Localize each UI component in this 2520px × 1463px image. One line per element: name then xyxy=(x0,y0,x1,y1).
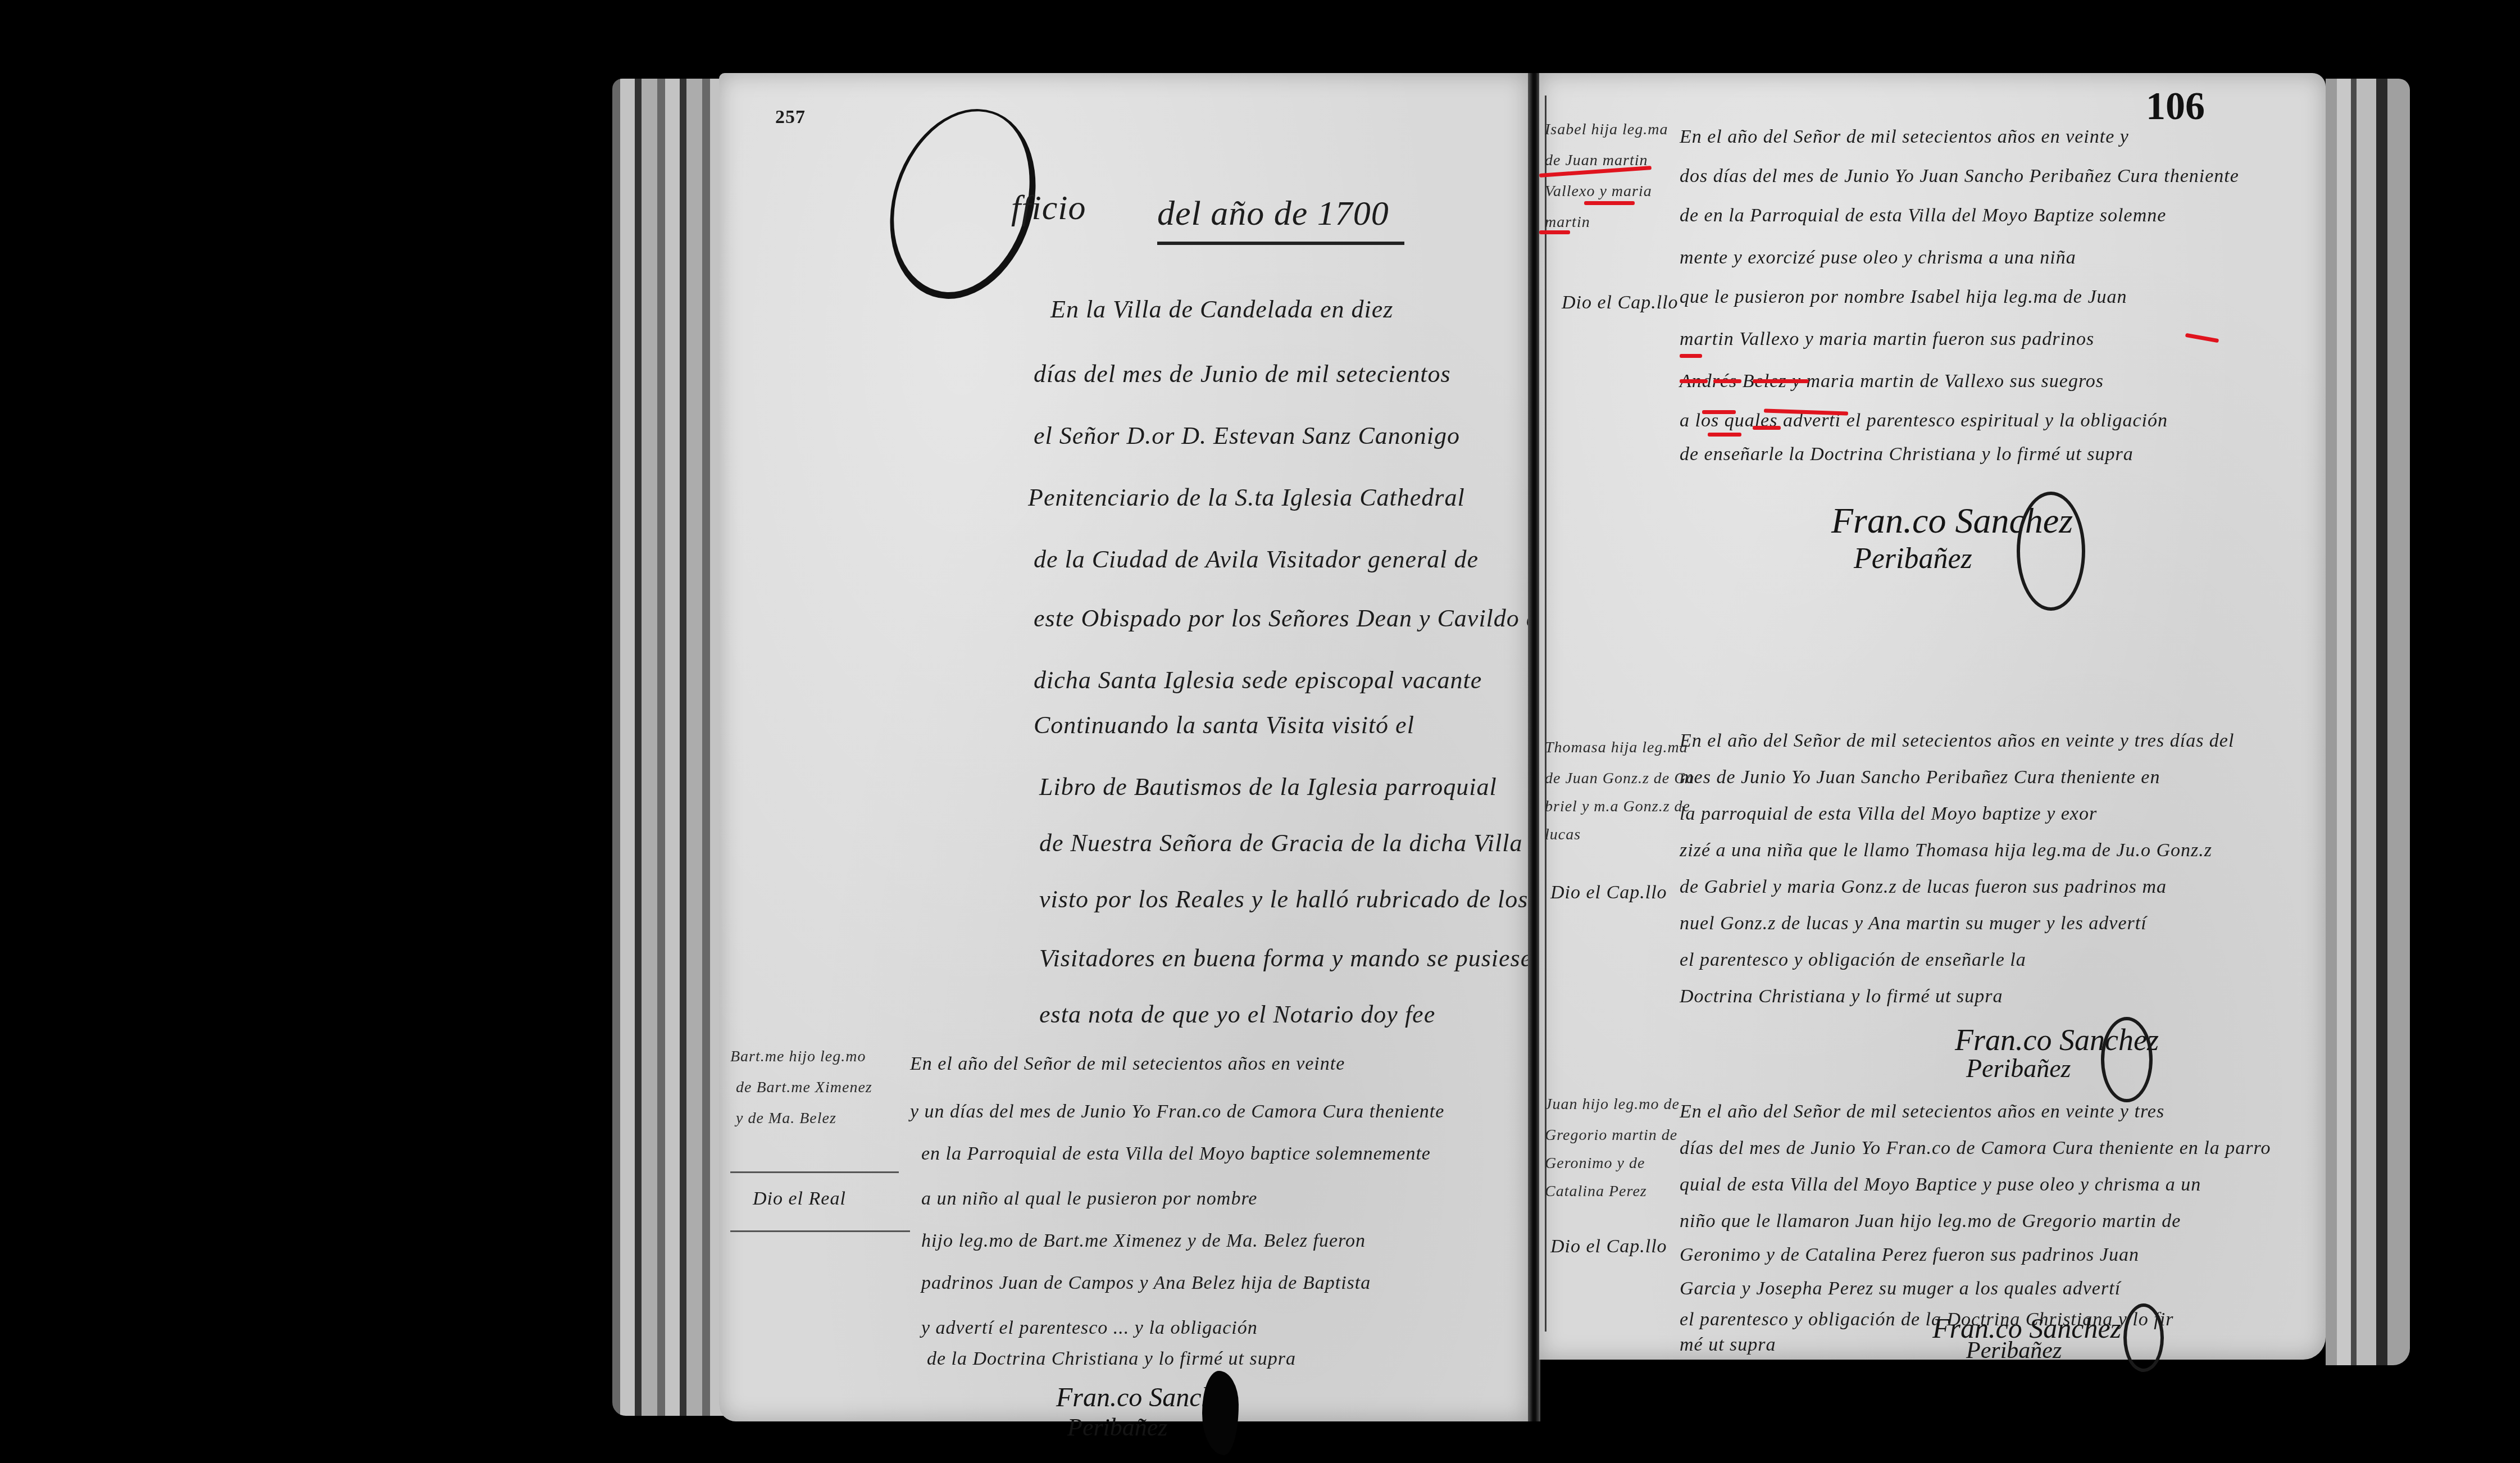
signature-line2: Peribañez xyxy=(1966,1337,2062,1364)
signature-line2: Peribañez xyxy=(1966,1053,2071,1083)
body-line: este Obispado por los Señores Dean y Cav… xyxy=(1034,604,1550,633)
entry-line: Garcia y Josepha Perez su muger a los qu… xyxy=(1680,1278,2121,1300)
entry-line: mé ut supra xyxy=(1680,1334,1776,1356)
red-underline xyxy=(1539,230,1570,234)
body-line: Penitenciario de la S.ta Iglesia Cathedr… xyxy=(1028,483,1465,512)
margin-note-line: Bart.me hijo leg.mo xyxy=(730,1048,866,1066)
red-underline xyxy=(1680,379,1708,383)
entry-line: el parentesco y obligación de enseñarle … xyxy=(1680,949,2026,971)
body-line: días del mes de Junio de mil setecientos xyxy=(1034,360,1451,388)
red-underline xyxy=(1584,201,1635,205)
entry-line: padrinos Juan de Campos y Ana Belez hija… xyxy=(921,1273,1371,1294)
entry-line: de la Doctrina Christiana y lo firmé ut … xyxy=(927,1348,1296,1370)
heading-text: fficio xyxy=(1011,188,1086,228)
margin-note-line: de Bart.me Ximenez xyxy=(736,1079,872,1097)
margin-note-line: Juan hijo leg.mo de xyxy=(1545,1096,1680,1114)
signature-rubric xyxy=(2123,1303,2164,1372)
book-gutter xyxy=(1528,73,1540,1421)
margin-label: Dio el Cap.llo xyxy=(1550,882,1667,903)
margin-note-line: martin xyxy=(1545,213,1590,231)
entry-line: y advertí el parentesco ... y la obligac… xyxy=(921,1317,1258,1339)
heading-underline xyxy=(1157,242,1404,245)
body-line: Libro de Bautismos de la Iglesia parroqu… xyxy=(1039,773,1497,801)
right-page-edges xyxy=(2326,79,2410,1365)
margin-divider xyxy=(730,1230,910,1232)
left-page: 257 fficio del año de 1700 En la Villa d… xyxy=(719,73,1528,1421)
body-line: esta nota de que yo el Notario doy fee xyxy=(1039,1000,1435,1029)
margin-label: Dio el Cap.llo xyxy=(1550,1236,1667,1257)
red-underline xyxy=(1713,379,1741,383)
red-underline xyxy=(1753,379,1809,383)
entry-line: mente y exorcizé puse oleo y chrisma a u… xyxy=(1680,247,2076,269)
entry-line: En el año del Señor de mil setecientos a… xyxy=(1680,730,2234,752)
margin-note-line: Thomasa hija leg.ma xyxy=(1545,739,1688,757)
entry-line: que le pusieron por nombre Isabel hija l… xyxy=(1680,287,2127,308)
entry-line: de enseñarle la Doctrina Christiana y lo… xyxy=(1680,444,2134,465)
folio-number: 106 xyxy=(2146,84,2205,129)
entry-line: niño que le llamaron Juan hijo leg.mo de… xyxy=(1680,1211,2181,1232)
margin-note-line: briel y m.a Gonz.z de xyxy=(1545,798,1690,816)
margin-rule xyxy=(1545,96,1546,1332)
margin-note-line: Gregorio martin de xyxy=(1545,1126,1677,1144)
heading-subtitle: del año de 1700 xyxy=(1157,194,1389,234)
body-line: visto por los Reales y le halló rubricad… xyxy=(1039,885,1528,914)
body-line: Visitadores en buena forma y mando se pu… xyxy=(1039,944,1532,973)
body-line: En la Villa de Candelada en diez xyxy=(1050,295,1393,324)
signature-rubric xyxy=(2101,1017,2153,1102)
entry-line: dos días del mes de Junio Yo Juan Sancho… xyxy=(1680,166,2239,187)
red-underline xyxy=(2185,333,2219,343)
body-line: de Nuestra Señora de Gracia de la dicha … xyxy=(1039,829,1523,857)
entry-line: quial de esta Villa del Moyo Baptice y p… xyxy=(1680,1174,2201,1196)
signature-line2: Peribañez xyxy=(1854,542,1972,575)
margin-divider xyxy=(730,1171,899,1173)
entry-line: días del mes de Junio Yo Fran.co de Camo… xyxy=(1680,1138,2271,1159)
entry-line: la parroquial de esta Villa del Moyo bap… xyxy=(1680,803,2097,825)
margin-label: Dio el Cap.llo xyxy=(1562,292,1679,313)
body-line: dicha Santa Iglesia sede episcopal vacan… xyxy=(1034,666,1482,694)
body-line: de la Ciudad de Avila Visitador general … xyxy=(1034,545,1479,574)
margin-note-line: Vallexo y maria xyxy=(1545,183,1652,201)
right-page: 106 Isabel hija leg.ma de Juan martin Va… xyxy=(1539,73,2326,1360)
entry-line: a un niño al qual le pusieron por nombre xyxy=(921,1188,1257,1210)
entry-line: nuel Gonz.z de lucas y Ana martin su mug… xyxy=(1680,913,2147,934)
margin-label: Dio el Real xyxy=(753,1188,846,1210)
red-underline xyxy=(1708,433,1741,437)
entry-line: En el año del Señor de mil setecientos a… xyxy=(1680,126,2129,148)
corner-mark: 257 xyxy=(775,107,806,128)
document-viewer: 257 fficio del año de 1700 En la Villa d… xyxy=(0,0,2520,1463)
entry-line: mes de Junio Yo Juan Sancho Peribañez Cu… xyxy=(1680,767,2160,788)
red-underline xyxy=(1702,410,1736,414)
signature-rubric xyxy=(2017,492,2085,611)
margin-note-line: lucas xyxy=(1545,826,1581,844)
signature-line2: Peribañez xyxy=(1067,1413,1167,1442)
margin-note-line: de Juan Gonz.z de Ga xyxy=(1545,770,1695,788)
margin-note-line: Geronimo y de xyxy=(1545,1155,1645,1173)
entry-line: de en la Parroquial de esta Villa del Mo… xyxy=(1680,205,2166,226)
entry-line: zizé a una niña que le llamo Thomasa hij… xyxy=(1680,840,2212,861)
body-line: el Señor D.or D. Estevan Sanz Canonigo xyxy=(1034,421,1460,450)
margin-note-line: y de Ma. Belez xyxy=(736,1110,836,1128)
entry-line: En el año del Señor de mil setecientos a… xyxy=(910,1053,1345,1075)
entry-line: Doctrina Christiana y lo firmé ut supra xyxy=(1680,986,2003,1007)
open-register-book: 257 fficio del año de 1700 En la Villa d… xyxy=(590,62,2432,1421)
red-underline xyxy=(1680,354,1702,358)
entry-line: de Gabriel y maria Gonz.z de lucas fuero… xyxy=(1680,876,2167,898)
entry-line: martin Vallexo y maria martin fueron sus… xyxy=(1680,329,2094,350)
ink-blot xyxy=(1202,1371,1239,1455)
body-line: Continuando la santa Visita visitó el xyxy=(1034,711,1414,739)
entry-line: En el año del Señor de mil setecientos a… xyxy=(1680,1101,2164,1123)
red-underline xyxy=(1753,426,1781,430)
entry-line: y un días del mes de Junio Yo Fran.co de… xyxy=(910,1101,1444,1123)
entry-line: Andrés Belez y maria martin de Vallexo s… xyxy=(1680,371,2104,392)
margin-note-line: Isabel hija leg.ma xyxy=(1545,121,1668,139)
entry-line: en la Parroquial de esta Villa del Moyo … xyxy=(921,1143,1431,1165)
margin-note-line: Catalina Perez xyxy=(1545,1183,1647,1201)
entry-line: Geronimo y de Catalina Perez fueron sus … xyxy=(1680,1244,2139,1266)
entry-line: hijo leg.mo de Bart.me Ximenez y de Ma. … xyxy=(921,1230,1366,1252)
